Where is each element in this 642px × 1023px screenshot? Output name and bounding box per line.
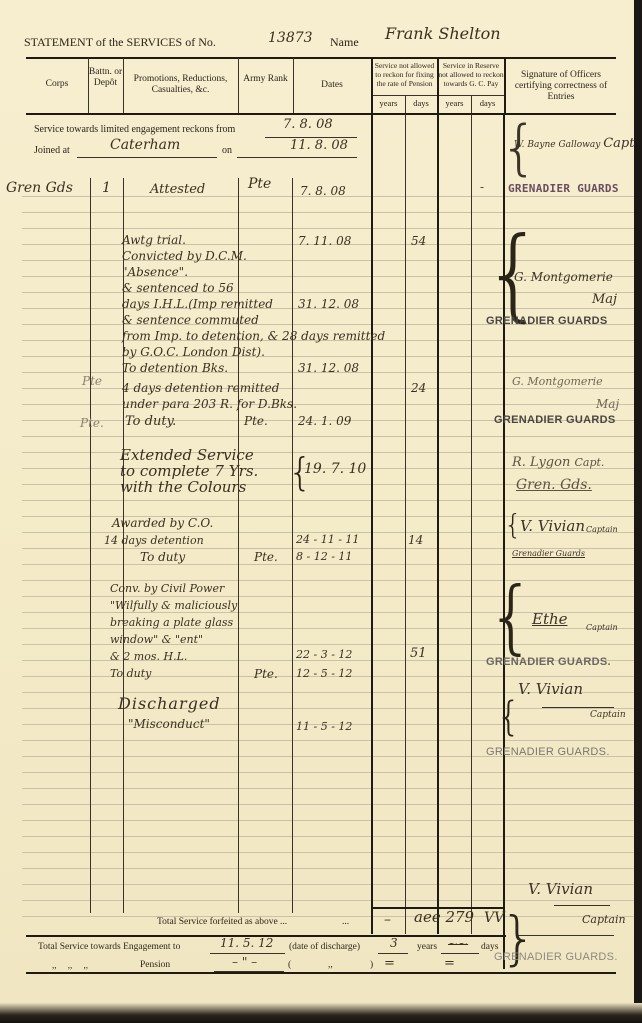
ruled-line [22,868,634,869]
body-vline-reserve [437,114,439,934]
pension-days: = [444,956,455,971]
regiment-stamp: GRENADIER GUARDS [486,315,608,327]
entry-text-line: To duty [110,667,151,680]
pension-paren-open: ( [288,960,291,970]
engagement-date: 11. 5. 12 [220,936,273,950]
ruled-line [22,900,634,901]
officer-rank: Captain [586,623,618,632]
brace: { [486,570,537,663]
pension-label: Pension [140,960,170,970]
margin-note: Pte. [80,416,104,430]
engagement-years: 3 [390,936,398,950]
ruled-line [22,436,634,437]
col-pension-group: Service not allowed to reckon for fixing… [372,61,437,88]
officer-rank: Captain [586,525,618,534]
engagement-label: Total Service towards Engagement to [38,942,180,952]
entry-text-line: breaking a plate glass [110,616,233,629]
hdr-vline [123,58,124,113]
forfeited-ellipsis: ... [342,917,349,927]
hdr-vline [238,58,239,113]
ruled-line [22,596,634,597]
col-dates: Dates [293,80,371,91]
col-pension-days: days [405,98,437,109]
entry-date: 31. 12. 08 [298,297,359,311]
entry-date: 8 - 12 - 11 [296,550,352,563]
ruled-line [22,388,634,389]
ruled-line [22,564,634,565]
col-reserve-group: Service in Reserve not allowed to reckon… [438,61,504,88]
body-vline-corps [90,178,91,913]
entry-date: 22 - 3 - 12 [296,648,352,661]
officer-unit: Grenadier Guards [512,549,585,558]
pension-years: = [384,956,395,971]
officer-rank: Captain [590,710,626,720]
col-corps: Corps [26,79,88,90]
entry-rank: Pte. [244,414,268,428]
officer-rank: Maj [592,292,617,307]
entry-rank: Pte [248,176,271,192]
pension-paren-ditto: ,, [328,960,333,970]
entry-text-line: & 2 mos. H.L. [110,650,187,663]
ruled-line [22,452,634,453]
engagement-days: ~~ [448,937,468,951]
entry-date: 24. 1. 09 [298,414,351,428]
body-vline [471,114,472,934]
col-promotions: Promotions, Reductions, Casualties, &c. [123,74,238,96]
entry-text: "Misconduct" [128,717,210,731]
days-underline [441,953,479,954]
scan-edge-bottom [0,1003,642,1023]
entry-date: 11 - 5 - 12 [296,720,352,733]
body-vline-rank [292,178,293,913]
service-record-page: STATEMENT of the SERVICES of No. 13873 N… [0,0,634,1003]
entry-text: 14 days detention [104,534,204,547]
hdr-vline [504,58,506,114]
years-label: years [417,942,437,952]
joined-label: Joined at [34,145,70,156]
body-vline-pension [371,114,373,934]
forfeited-years: – [384,912,391,928]
officer-unit: Gren. Gds. [516,477,592,493]
entry-text: Awarded by C.O. [112,516,213,530]
entry-text-line: under para 203 R. for D.Bks. [122,397,297,411]
entry-date: 12 - 5 - 12 [296,667,352,680]
entry-date: 24 - 11 - 11 [296,533,359,546]
entry-pension-days: 54 [411,234,426,248]
regiment-stamp: GRENADIER GUARDS. [486,746,610,758]
officer-signature: V. Vivian [520,517,585,535]
officer-signature: V. Vivian [528,880,593,898]
hdr-vline [471,96,472,113]
page-bottom-rule [26,972,616,974]
reckons-label: Service towards limited engagement recko… [34,124,235,135]
forfeited-label: Total Service forfeited as above ... [157,917,287,927]
ruled-line [22,580,634,581]
joined-date: 11. 8. 08 [290,138,348,153]
entry-pension-days: 51 [410,646,427,661]
ruled-line [22,708,634,709]
entry-rank: Pte. [254,667,278,681]
regiment-stamp: GRENADIER GUARDS [508,182,619,195]
entry-pension-days: 24 [411,381,426,395]
scan-edge-right [634,0,642,1023]
joined-underline [77,157,217,158]
entry-date: 19. 7. 10 [304,461,366,477]
entry-text-line: Convicted by D.C.M. [122,249,247,263]
joined-place: Caterham [110,137,180,153]
ruled-line [22,772,634,773]
ruled-line [22,804,634,805]
entry-text-line: "Wilfully & maliciously [110,599,237,612]
title-prefix: STATEMENT of the SERVICES of No. [24,35,216,50]
brace: { [496,694,521,740]
entry-text-line: window" & "ent" [110,633,203,646]
col-pension-years: years [372,98,405,109]
col-reserve-years: years [438,98,471,109]
regiment-stamp: GRENADIER GUARDS. [486,656,611,668]
entry-date: 7. 8. 08 [300,184,346,198]
entry-corps: Gren Gds [6,180,73,196]
officer-rank: Captain [582,913,626,926]
name-label: Name [330,35,359,50]
regiment-stamp: GRENADIER GUARDS [494,414,616,426]
entry-text-line: by G.O.C. London Dist). [122,345,265,359]
entry-text: Attested [150,182,205,197]
entry-text-line: & sentenced to 56 [122,281,234,295]
entry-text-line: 4 days detention remitted [122,381,279,395]
entry-text: To duty [140,550,185,564]
col-signature: Signature of Officers certifying correct… [505,70,617,103]
ruled-line [22,500,634,501]
pension-date: – " – [232,955,257,969]
entry-battn: 1 [102,180,111,196]
entry-rank: Pte. [254,550,278,564]
body-vline-promotions [238,178,239,913]
soldier-name: Frank Shelton [385,24,501,43]
entry-text-line: To detention Bks. [122,361,228,375]
hdr-vline [437,58,439,114]
discharge-label: (date of discharge) [289,942,360,952]
officer-signature: W. Bayne Galloway Capt [514,136,634,151]
years-underline [378,953,408,954]
forfeited-days: aee 279 [414,908,474,926]
reckons-date: 7. 8. 08 [283,117,333,132]
entry-pension-days: 14 [408,533,423,547]
entry-text-line: days I.H.L.(Imp remitted [122,297,273,311]
entry-date: 31. 12. 08 [298,361,359,375]
ruled-line [22,788,634,789]
entry-text-line: & sentence commuted [122,313,259,327]
entry-text: Discharged [118,694,221,713]
entry-text-line: with the Colours [120,478,246,496]
ruled-line [22,916,634,917]
body-vline [405,114,406,934]
entry-text-line: Awtg trial. [122,233,186,247]
ruled-line [22,836,634,837]
regiment-stamp: GRENADIER GUARDS. [494,951,618,963]
service-number: 13873 [268,30,313,46]
col-reserve-days: days [471,98,504,109]
engagement-date-underline [210,953,285,954]
officer-rank: Maj [596,397,619,411]
entry-text-line: Conv. by Civil Power [110,582,224,595]
entry-reserve-days: - [480,180,484,194]
ruled-line [22,356,634,357]
joined-date-underline [237,157,357,158]
col-battn: Battn. or Depôt [88,67,123,89]
officer-signature: G. Montgomerie [512,375,603,388]
entry-text: To duty. [125,414,176,429]
hdr-vline [371,58,373,114]
entry-text-line: from Imp. to detention, & 28 days remitt… [122,329,385,343]
officer-signature: Ethe [532,610,568,628]
col-rank: Army Rank [238,74,293,85]
hdr-vline [88,58,89,113]
ruled-line [22,820,634,821]
officer-signature: V. Vivian [518,680,583,698]
hdr-vline [293,58,294,113]
hdr-vline [405,96,406,113]
pension-paren-close: ) [370,960,373,970]
margin-note: Pte [82,374,102,388]
pension-ditto: ,, ,, ,, [52,960,88,970]
on-label: on [222,145,232,156]
ruled-line [22,852,634,853]
signature-underline [542,707,614,708]
entry-date: 7. 11. 08 [298,234,351,248]
ruled-line [22,740,634,741]
entry-text-line: "Absence". [122,265,188,279]
officer-signature: G. Montgomerie [514,270,613,284]
signature-underline [554,905,610,906]
officer-signature: R. Lygon Capt. [512,455,604,470]
ruled-line [22,212,634,213]
ruled-line [22,404,634,405]
header-top-rule [26,57,616,59]
